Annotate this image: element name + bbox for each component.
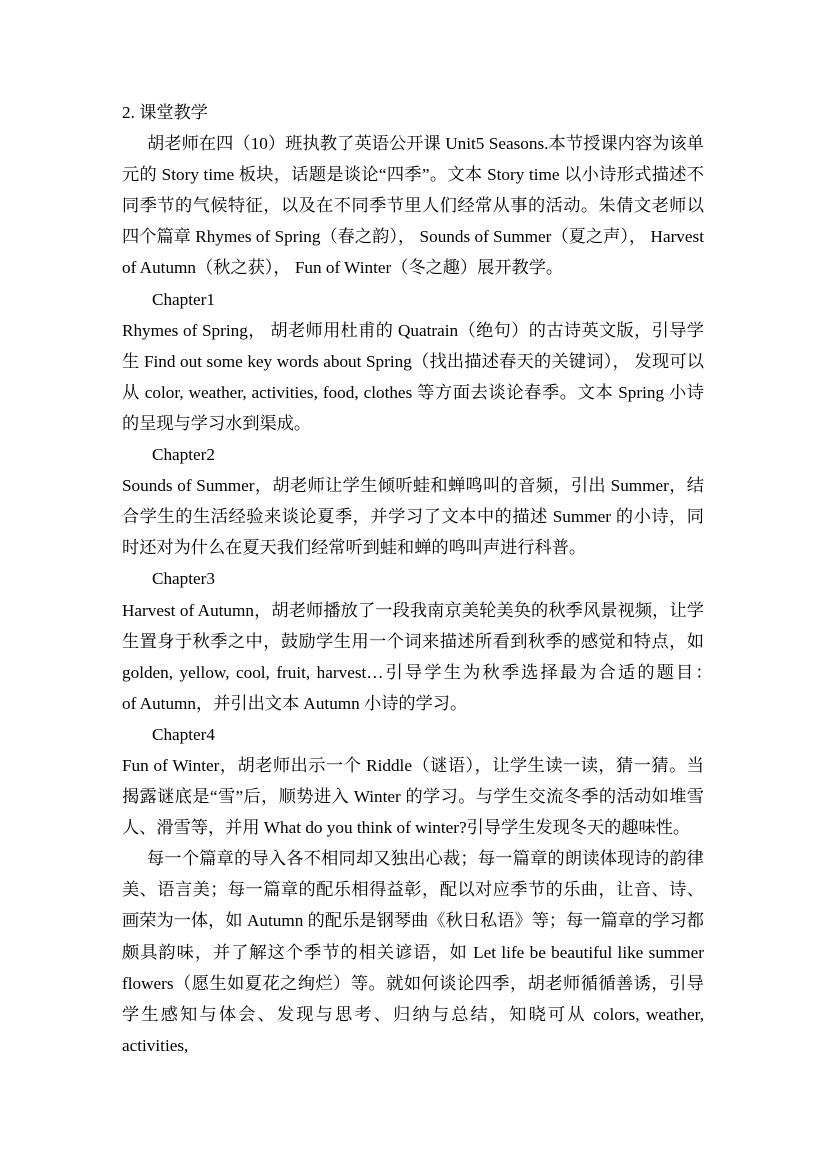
chapter2-paragraph: Sounds of Summer，胡老师让学生倾听蛙和蝉鸣叫的音频，引出 Sum… bbox=[122, 470, 704, 563]
chapter3-heading: Chapter3 bbox=[122, 563, 704, 594]
chapter2-heading: Chapter2 bbox=[122, 439, 704, 470]
chapter1-paragraph: Rhymes of Spring， 胡老师用杜甫的 Quatrain（绝句）的古… bbox=[122, 315, 704, 439]
chapter4-heading: Chapter4 bbox=[122, 719, 704, 750]
document-page: 2. 课堂教学 胡老师在四（10）班执教了英语公开课 Unit5 Seasons… bbox=[0, 0, 827, 1170]
chapter1-heading: Chapter1 bbox=[122, 284, 704, 315]
closing-paragraph: 每一个篇章的导入各不相同却又独出心裁；每一篇章的朗读体现诗的韵律美、语言美；每一… bbox=[122, 843, 704, 1061]
section-heading: 2. 课堂教学 bbox=[122, 97, 704, 128]
chapter3-paragraph: Harvest of Autumn，胡老师播放了一段我南京美轮美奂的秋季风景视频… bbox=[122, 595, 704, 719]
intro-paragraph: 胡老师在四（10）班执教了英语公开课 Unit5 Seasons.本节授课内容为… bbox=[122, 128, 704, 283]
text-block: 2. 课堂教学 胡老师在四（10）班执教了英语公开课 Unit5 Seasons… bbox=[122, 97, 704, 1061]
chapter4-paragraph: Fun of Winter，胡老师出示一个 Riddle（谜语），让学生读一读，… bbox=[122, 750, 704, 843]
